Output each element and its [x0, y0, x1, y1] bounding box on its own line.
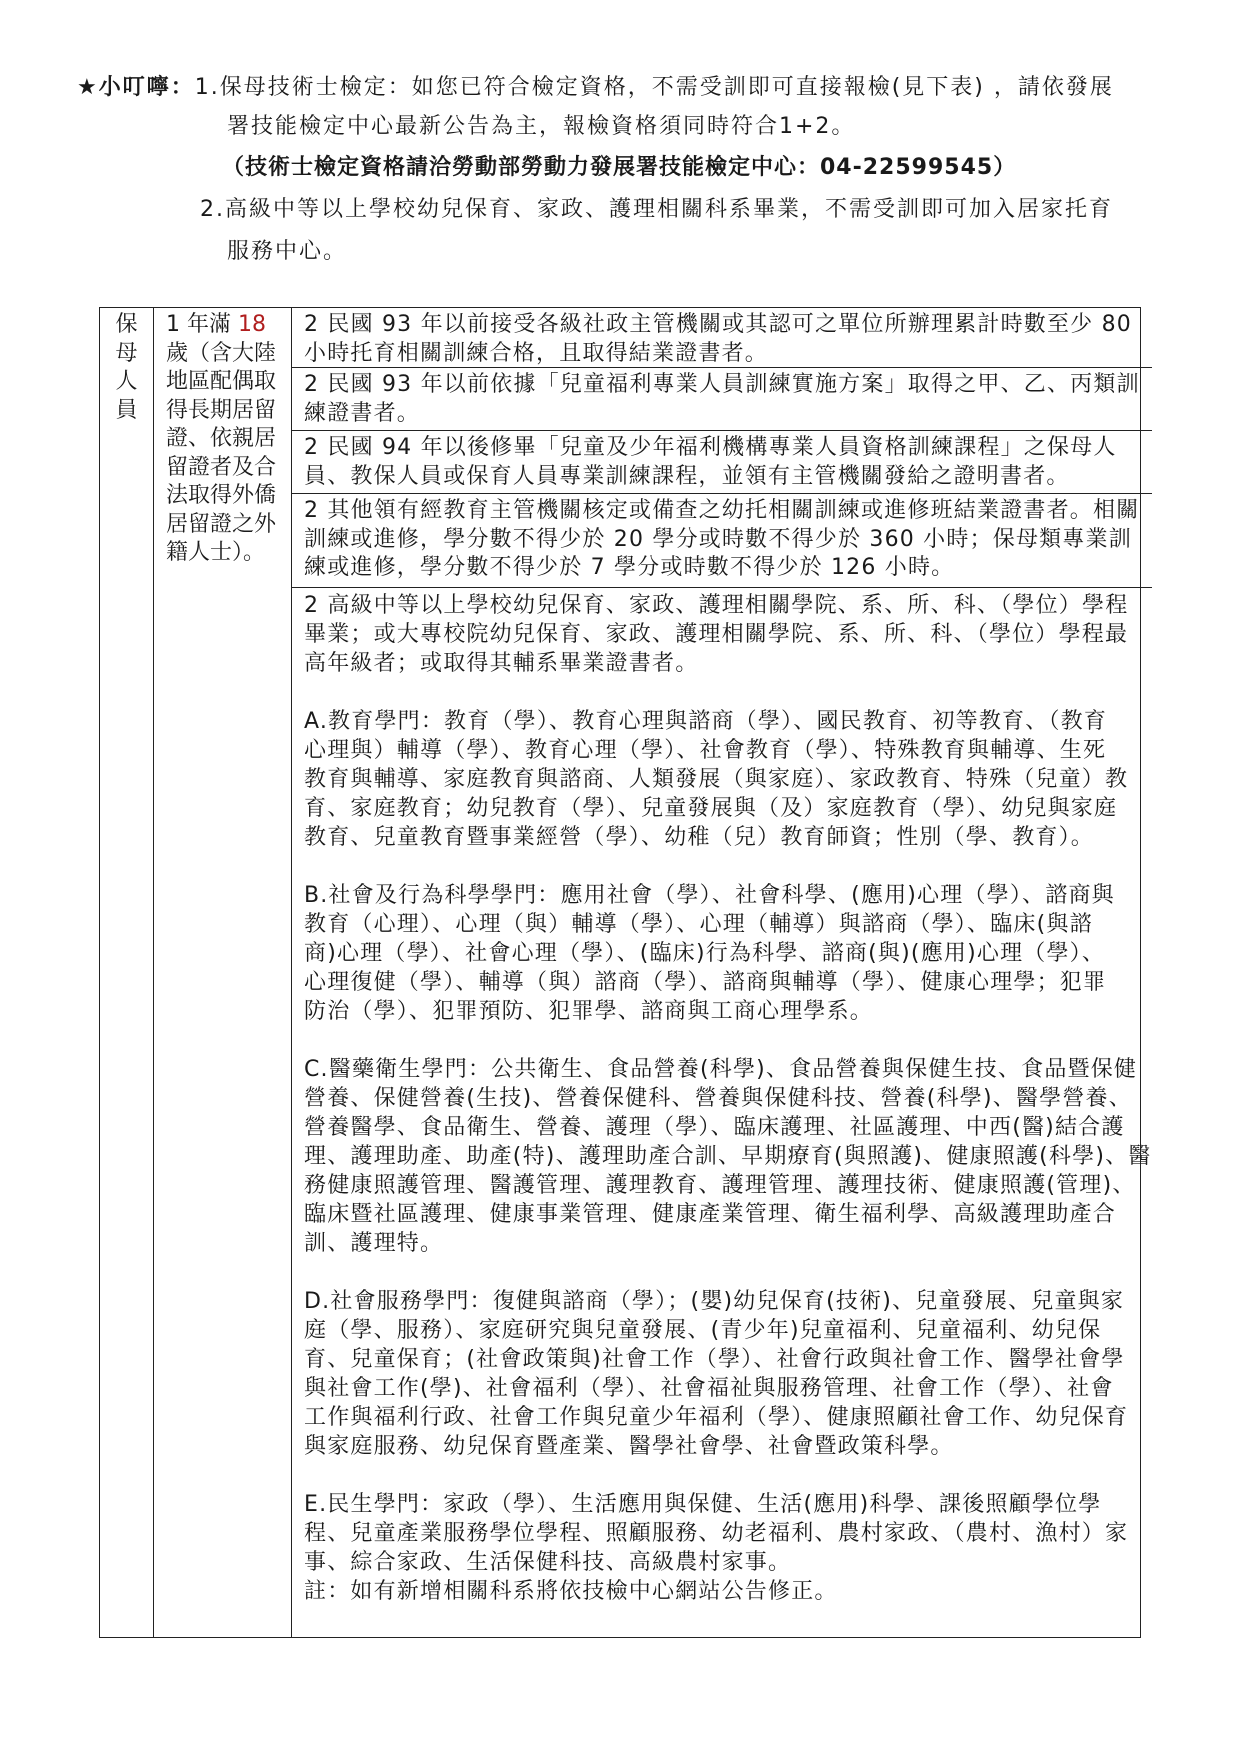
text-line: 與家庭服務、幼兒保育暨產業、醫學社會學、社會暨政策科學。 [304, 1432, 1152, 1461]
text-line: 事、綜合家政、生活保健科技、高級農村家事。 [304, 1548, 1152, 1577]
age-requirement-cell: 1 年滿 18 歲（含大陸 地區配偶取 得長期居留 證、依親居 留證者及合 法取… [154, 308, 292, 1637]
qualification-row: 2 民國 93 年以前接受各級社政主管機關或其認可之單位所辦理累計時數至少 80… [292, 308, 1152, 368]
text-line: 小時托育相關訓練合格，且取得結業證書者。 [304, 340, 1152, 369]
text-line: A.教育學門：教育（學）、教育心理與諮商（學）、國民教育、初等教育、（教育 [304, 707, 1152, 736]
text-line: 教育（心理）、心理（與）輔導（學）、心理（輔導）與諮商（學）、臨床(與諮 [304, 910, 1152, 939]
text-line: 庭（學、服務）、家庭研究與兒童發展、(青少年)兒童福利、兒童福利、幼兒保 [304, 1316, 1152, 1345]
text-line: 教育、兒童教育暨事業經營（學）、幼稚（兒）教育師資；性別（學、教育）。 [304, 823, 1152, 852]
notice-item-2: 2.高級中等以上學校幼兒保育、家政、護理相關科系畢業，不需受訓即可加入居家托育 [200, 196, 1113, 224]
education-qualification-row: 2 高級中等以上學校幼兒保育、家政、護理相關學院、系、所、科、（學位）學程 畢業… [292, 588, 1152, 1637]
text-line: 工作與福利行政、社會工作與兒童少年福利（學）、健康照顧社會工作、幼兒保育 [304, 1403, 1152, 1432]
field-medicine-health: C.醫藥衛生學門：公共衛生、食品營養(科學)、食品營養與保健生技、食品暨保健 營… [304, 1055, 1152, 1258]
text-line: 高年級者；或取得其輔系畢業證書者。 [304, 649, 1152, 678]
category-char: 人 [100, 368, 153, 397]
text-line: 務健康照護管理、醫護管理、護理教育、護理管理、護理技術、健康照護(管理)、 [304, 1171, 1152, 1200]
paragraph-gap [304, 1026, 1152, 1055]
notice-item-1-text: 1.保母技術士檢定：如您已符合檢定資格，不需受訓即可直接報檢(見下表) ，請依發… [195, 75, 1114, 100]
text-line: 畢業；或大專校院幼兒保育、家政、護理相關學院、系、所、科、（學位）學程最 [304, 620, 1152, 649]
text-line: 營養醫學、食品衛生、營養、護理（學）、臨床護理、社區護理、中西(醫)結合護 [304, 1113, 1152, 1142]
paragraph-gap [304, 678, 1152, 707]
text-line: 2 民國 94 年以後修畢「兒童及少年福利機構專業人員資格訓練課程」之保母人 [304, 434, 1152, 463]
category-cell: 保 母 人 員 [100, 308, 154, 1637]
age-value: 18 [238, 312, 266, 337]
text-line: 2 民國 93 年以前依據「兒童福利專業人員訓練實施方案」取得之甲、乙、丙類訓 [304, 371, 1152, 400]
text-line: 商)心理（學）、社會心理（學）、(臨床)行為科學、諮商(與)(應用)心理（學）、 [304, 939, 1152, 968]
text-line: 2 其他領有經教育主管機關核定或備查之幼托相關訓練或進修班結業證書者。相關 [304, 497, 1152, 526]
text-line: B.社會及行為科學學門：應用社會（學）、社會科學、(應用)心理（學）、諮商與 [304, 881, 1152, 910]
paragraph-gap [304, 852, 1152, 881]
notice-line-1: ★小叮嚀：1.保母技術士檢定：如您已符合檢定資格，不需受訓即可直接報檢(見下表)… [77, 74, 1114, 102]
text-line: 練證書者。 [304, 400, 1152, 429]
text-line: 心理復健（學）、輔導（與）諮商（學）、諮商與輔導（學）、健康心理學；犯罪 [304, 968, 1152, 997]
field-social-services: D.社會服務學門：復健與諮商（學）；(嬰)幼兒保育(技術)、兒童發展、兒童與家 … [304, 1287, 1152, 1461]
paragraph-gap [304, 1461, 1152, 1490]
text-line: 育、家庭教育；幼兒教育（學）、兒童發展與（及）家庭教育（學）、幼兒與家庭 [304, 794, 1152, 823]
age-requirement-line: 留證者及合 [166, 454, 291, 483]
text-line: 訓、護理特。 [304, 1229, 1152, 1258]
age-requirement-line: 地區配偶取 [166, 368, 291, 397]
age-requirement-line: 法取得外僑 [166, 482, 291, 511]
text-line: 員、教保人員或保育人員專業訓練課程，並領有主管機關發給之證明書者。 [304, 463, 1152, 492]
text-line: 與社會工作(學)、社會福利（學）、社會福祉與服務管理、社會工作（學）、社會 [304, 1374, 1152, 1403]
text-line: 程、兒童產業服務學位學程、照顧服務、幼老福利、農村家政、（農村、漁村）家 [304, 1519, 1152, 1548]
age-requirement-line: 籍人士）。 [166, 539, 291, 568]
text-line: 心理與）輔導（學）、教育心理（學）、社會教育（學）、特殊教育與輔導、生死 [304, 736, 1152, 765]
qualification-row: 2 民國 94 年以後修畢「兒童及少年福利機構專業人員資格訓練課程」之保母人 員… [292, 431, 1152, 494]
age-requirement-line: 證、依親居 [166, 425, 291, 454]
category-char: 員 [100, 397, 153, 426]
age-prefix: 1 年滿 [166, 312, 238, 337]
qualification-column: 2 民國 93 年以前接受各級社政主管機關或其認可之單位所辦理累計時數至少 80… [292, 308, 1152, 1637]
notice-item-2-cont: 服務中心。 [227, 238, 347, 266]
text-line: 2 民國 93 年以前接受各級社政主管機關或其認可之單位所辦理累計時數至少 80 [304, 311, 1152, 340]
notice-label: ★小叮嚀： [77, 75, 195, 100]
revision-note: 註：如有新增相關科系將依技檢中心網站公告修正。 [304, 1577, 1152, 1606]
age-requirement-line: 居留證之外 [166, 511, 291, 540]
field-social-behavioral-science: B.社會及行為科學學門：應用社會（學）、社會科學、(應用)心理（學）、諮商與 教… [304, 881, 1152, 1026]
age-requirement-line: 1 年滿 18 [166, 311, 291, 340]
age-requirement-line: 得長期居留 [166, 397, 291, 426]
qualification-row: 2 民國 93 年以前依據「兒童福利專業人員訓練實施方案」取得之甲、乙、丙類訓 … [292, 368, 1152, 431]
category-char: 母 [100, 340, 153, 369]
text-line: D.社會服務學門：復健與諮商（學）；(嬰)幼兒保育(技術)、兒童發展、兒童與家 [304, 1287, 1152, 1316]
text-line: 臨床暨社區護理、健康事業管理、健康產業管理、衛生福利學、高級護理助產合 [304, 1200, 1152, 1229]
age-requirement-line: 歲（含大陸 [166, 340, 291, 369]
text-line: 2 高級中等以上學校幼兒保育、家政、護理相關學院、系、所、科、（學位）學程 [304, 591, 1152, 620]
qualification-row: 2 其他領有經教育主管機關核定或備查之幼托相關訓練或進修班結業證書者。相關 訓練… [292, 494, 1152, 588]
field-livelihood: E.民生學門：家政（學）、生活應用與保健、生活(應用)科學、課後照顧學位學 程、… [304, 1490, 1152, 1577]
text-line: E.民生學門：家政（學）、生活應用與保健、生活(應用)科學、課後照顧學位學 [304, 1490, 1152, 1519]
notice-line-2: 署技能檢定中心最新公告為主，報檢資格須同時符合1+2。 [227, 113, 855, 141]
text-line: 營養、保健營養(生技)、營養保健科、營養與保健科技、營養(科學)、醫學營養、 [304, 1084, 1152, 1113]
text-line: C.醫藥衛生學門：公共衛生、食品營養(科學)、食品營養與保健生技、食品暨保健 [304, 1055, 1152, 1084]
category-char: 保 [100, 311, 153, 340]
text-line: 訓練或進修，學分數不得少於 20 學分或時數不得少於 360 小時；保母類專業訓 [304, 526, 1152, 555]
field-education: A.教育學門：教育（學）、教育心理與諮商（學）、國民教育、初等教育、（教育 心理… [304, 707, 1152, 852]
text-line: 教育與輔導、家庭教育與諮商、人類發展（與家庭）、家政教育、特殊（兒童）教 [304, 765, 1152, 794]
text-line: 理、護理助產、助產(特)、護理助產合訓、早期療育(與照護)、健康照護(科學)、醫 [304, 1142, 1152, 1171]
notice-contact: （技術士檢定資格請洽勞動部勞動力發展署技能檢定中心：04-22599545） [222, 154, 1016, 182]
qualification-table: 保 母 人 員 1 年滿 18 歲（含大陸 地區配偶取 得長期居留 證、依親居 … [99, 307, 1141, 1638]
text-line: 練或進修，學分數不得少於 7 學分或時數不得少於 126 小時。 [304, 554, 1152, 583]
text-line: 防治（學）、犯罪預防、犯罪學、諮商與工商心理學系。 [304, 997, 1152, 1026]
paragraph-gap [304, 1258, 1152, 1287]
text-line: 育、兒童保育；(社會政策與)社會工作（學）、社會行政與社會工作、醫學社會學 [304, 1345, 1152, 1374]
